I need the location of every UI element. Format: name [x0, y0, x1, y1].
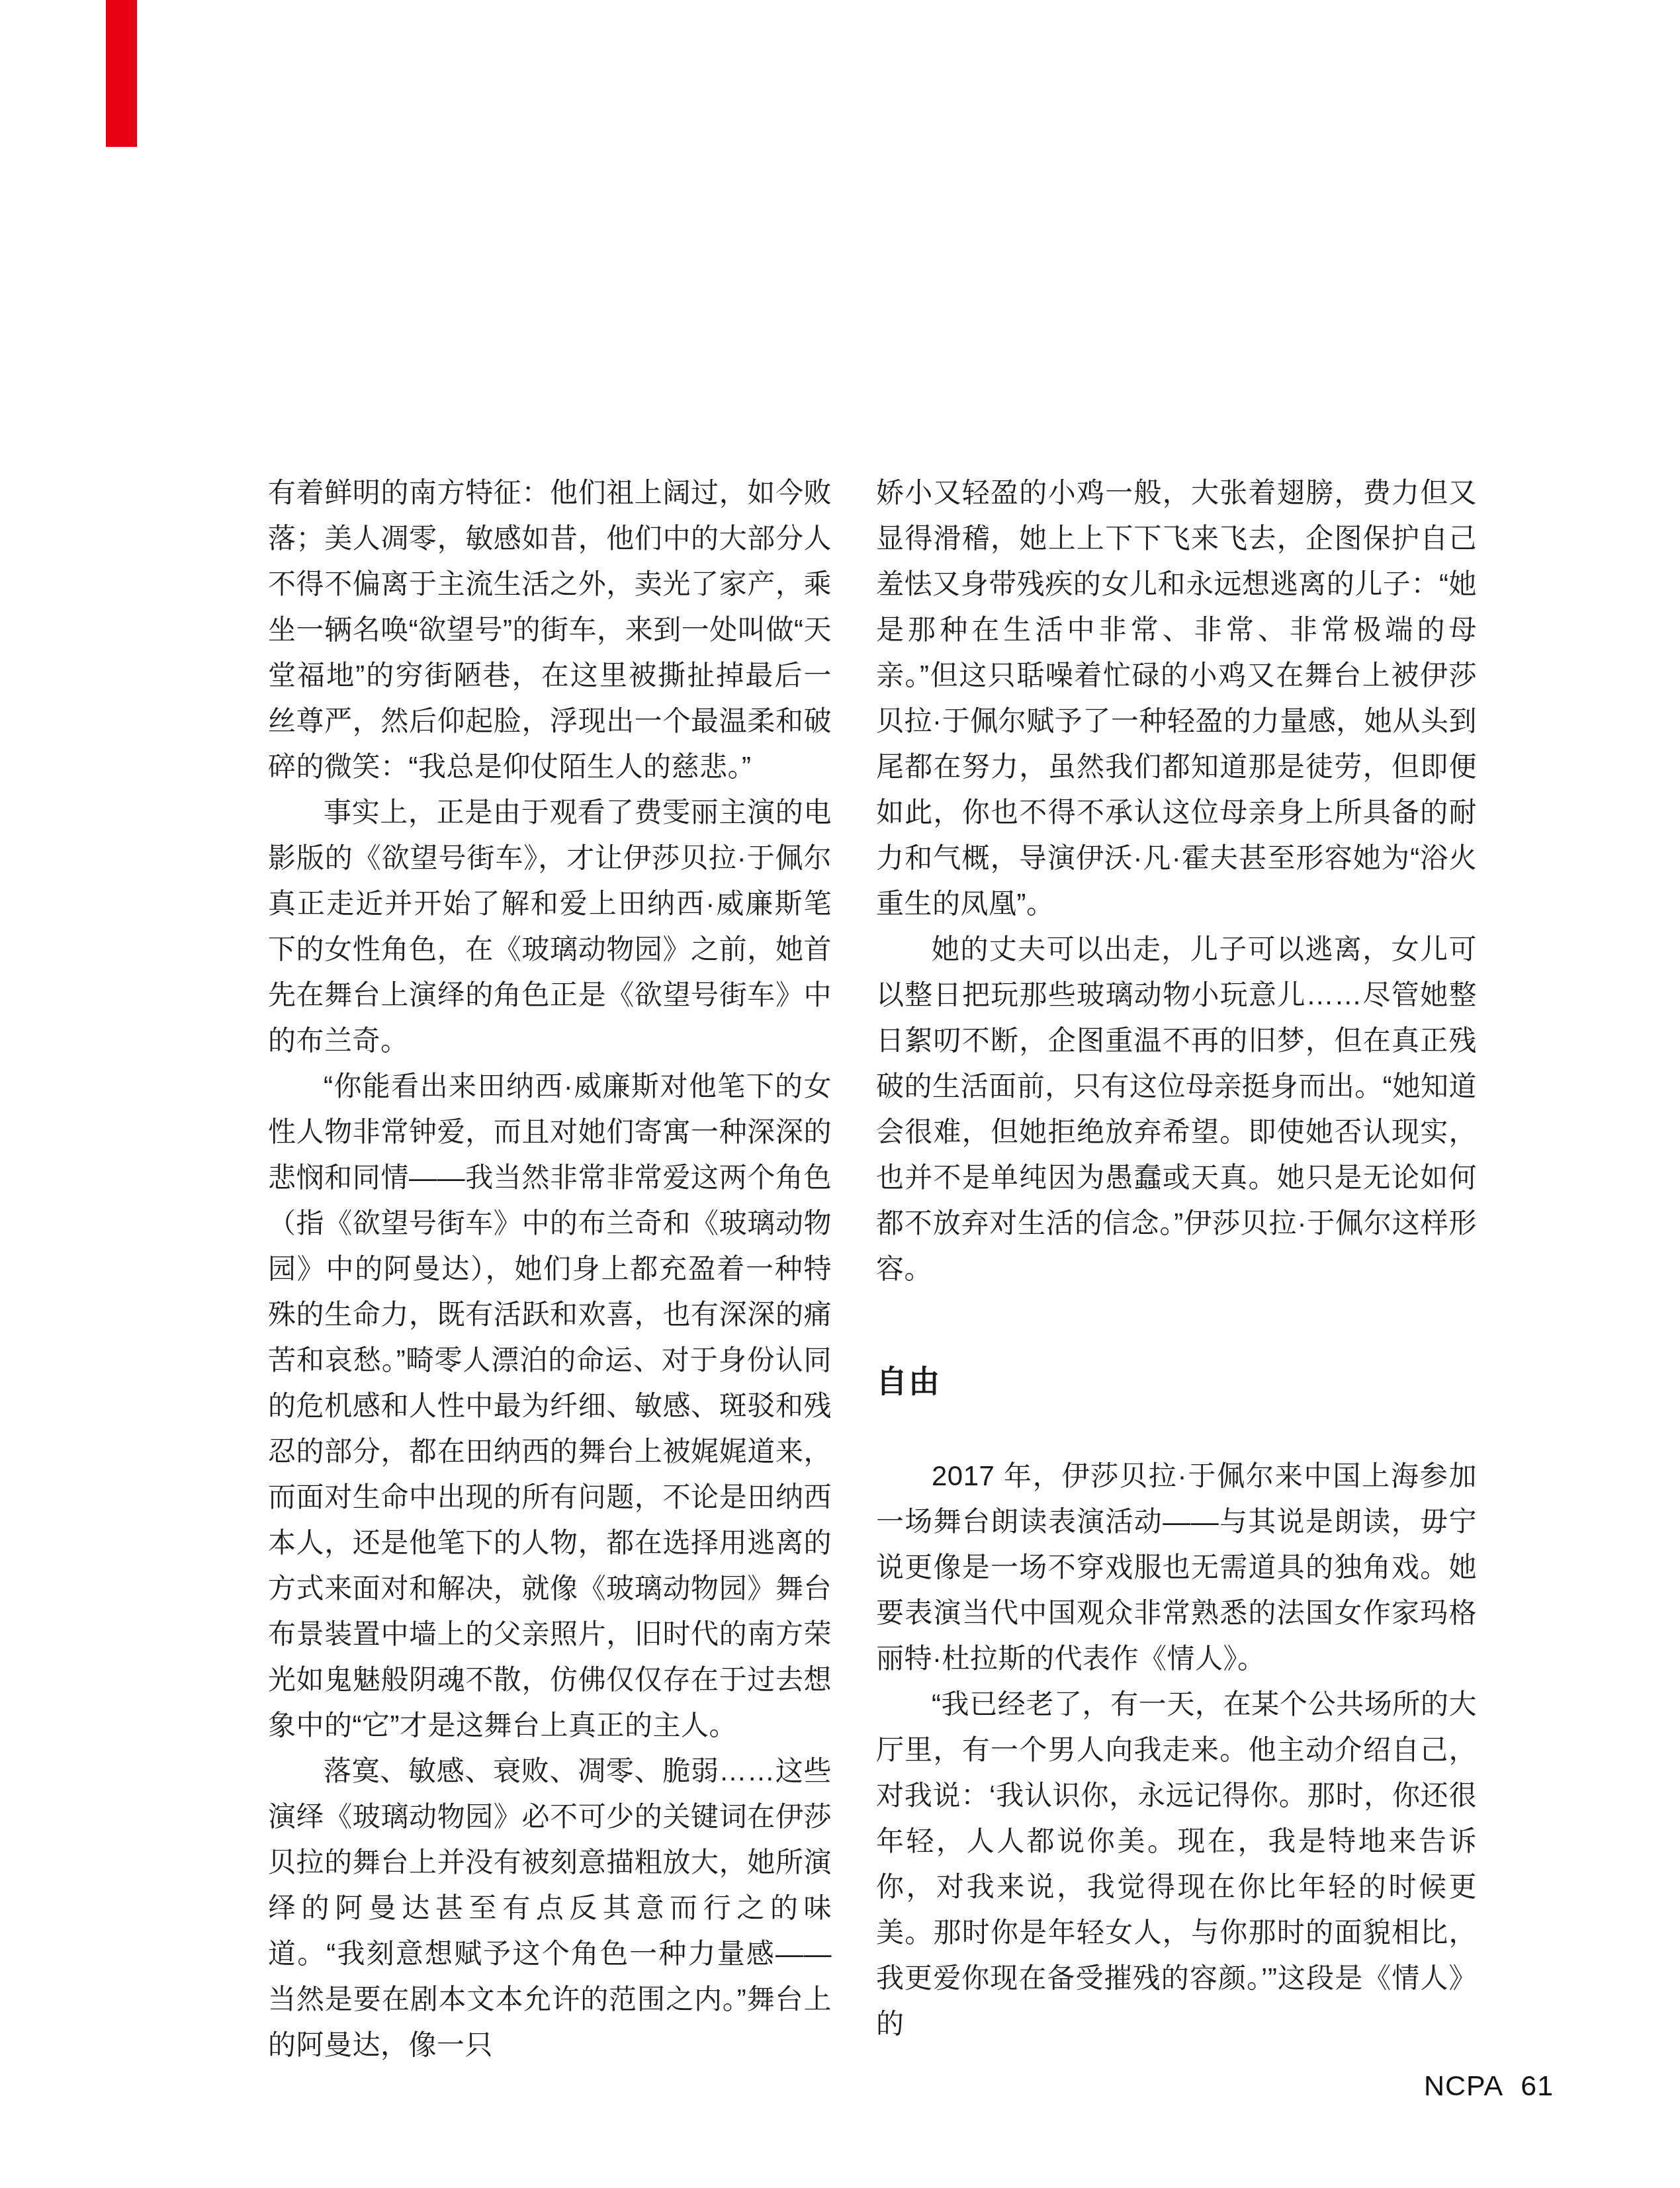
paragraph: 娇小又轻盈的小鸡一般，大张着翅膀，费力但又显得滑稽，她上上下下飞来飞去，企图保护…	[876, 470, 1477, 926]
section-heading: 自由	[876, 1366, 1477, 1397]
paragraph: “你能看出来田纳西·威廉斯对他笔下的女性人物非常钟爱，而且对她们寄寓一种深深的悲…	[268, 1063, 832, 1748]
journal-label: NCPA	[1424, 2070, 1503, 2102]
article-body: 有着鲜明的南方特征：他们祖上阔过，如今败落；美人凋零，敏感如昔，他们中的大部分人…	[268, 470, 1477, 2068]
page-edge-tab-decoration	[106, 0, 137, 147]
paragraph: 她的丈夫可以出走，儿子可以逃离，女儿可以整日把玩那些玻璃动物小玩意儿……尽管她整…	[876, 926, 1477, 1291]
page-footer: NCPA61	[1424, 2071, 1554, 2101]
paragraph: 落寞、敏感、衰败、凋零、脆弱……这些演绎《玻璃动物园》必不可少的关键词在伊莎贝拉…	[268, 1748, 832, 2068]
paragraph: 2017 年，伊莎贝拉·于佩尔来中国上海参加一场舞台朗读表演活动——与其说是朗读…	[876, 1453, 1477, 1681]
paragraph: 有着鲜明的南方特征：他们祖上阔过，如今败落；美人凋零，敏感如昔，他们中的大部分人…	[268, 470, 832, 789]
magazine-page: 有着鲜明的南方特征：他们祖上阔过，如今败落；美人凋零，敏感如昔，他们中的大部分人…	[0, 0, 1680, 2188]
column-right: 娇小又轻盈的小鸡一般，大张着翅膀，费力但又显得滑稽，她上上下下飞来飞去，企图保护…	[876, 470, 1477, 2046]
page-number: 61	[1521, 2070, 1554, 2102]
paragraph: 事实上，正是由于观看了费雯丽主演的电影版的《欲望号街车》，才让伊莎贝拉·于佩尔真…	[268, 789, 832, 1063]
column-left: 有着鲜明的南方特征：他们祖上阔过，如今败落；美人凋零，敏感如昔，他们中的大部分人…	[268, 470, 832, 2068]
paragraph: “我已经老了，有一天，在某个公共场所的大厅里，有一个男人向我走来。他主动介绍自己…	[876, 1681, 1477, 2046]
